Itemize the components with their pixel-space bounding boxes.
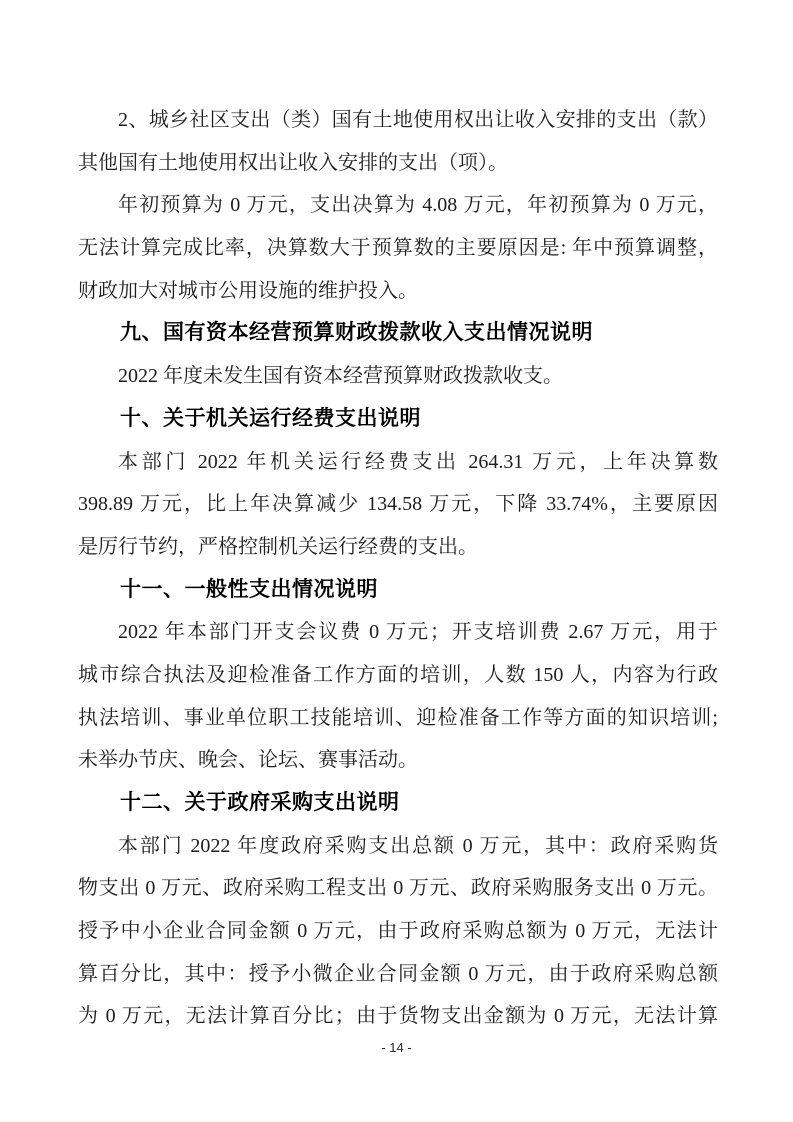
- para-line: 授予中小企业合同金额 0 万元，由于政府采购总额为 0 万元，无法计: [78, 910, 718, 953]
- para-line: 本部门 2022 年机关运行经费支出 264.31 万元，上年决算数: [78, 441, 718, 484]
- para-line: 城市综合执法及迎检准备工作方面的培训，人数 150 人，内容为行政: [78, 654, 718, 697]
- para-line: 算百分比，其中：授予小微企业合同金额 0 万元，由于政府采购总额: [78, 953, 718, 996]
- para-line: 2022 年本部门开支会议费 0 万元；开支培训费 2.67 万元，用于: [78, 611, 718, 654]
- para-line: 其他国有土地使用权出让收入安排的支出（项）。: [78, 142, 718, 185]
- para-line: 未举办节庆、晚会、论坛、赛事活动。: [78, 739, 718, 782]
- para-line: 执法培训、事业单位职工技能培训、迎检准备工作等方面的知识培训;: [78, 697, 718, 740]
- para-line: 2022 年度未发生国有资本经营预算财政拨款收支。: [78, 355, 718, 398]
- page-footer: - 14 -: [0, 1038, 793, 1058]
- para-line: 本部门 2022 年度政府采购支出总额 0 万元，其中：政府采购货: [78, 825, 718, 868]
- para-line: 2、城乡社区支出（类）国有土地使用权出让收入安排的支出（款）: [78, 99, 718, 142]
- para-line: 398.89 万元，比上年决算减少 134.58 万元，下降 33.74%，主要…: [78, 483, 718, 526]
- para-line: 物支出 0 万元、政府采购工程支出 0 万元、政府采购服务支出 0 万元。: [78, 867, 718, 910]
- section-heading-9: 九、国有资本经营预算财政拨款收入支出情况说明: [78, 312, 718, 355]
- page-number: - 14 -: [381, 1040, 411, 1055]
- document-body: 2、城乡社区支出（类）国有土地使用权出让收入安排的支出（款） 其他国有土地使用权…: [78, 99, 718, 1038]
- section-heading-11: 十一、一般性支出情况说明: [78, 569, 718, 612]
- para-line: 是厉行节约，严格控制机关运行经费的支出。: [78, 526, 718, 569]
- para-line: 无法计算完成比率，决算数大于预算数的主要原因是: 年中预算调整，: [78, 227, 718, 270]
- section-heading-10: 十、关于机关运行经费支出说明: [78, 398, 718, 441]
- para-line: 为 0 万元，无法计算百分比；由于货物支出金额为 0 万元，无法计算: [78, 995, 718, 1038]
- para-line: 财政加大对城市公用设施的维护投入。: [78, 270, 718, 313]
- document-page: 2、城乡社区支出（类）国有土地使用权出让收入安排的支出（款） 其他国有土地使用权…: [0, 0, 793, 1122]
- para-line: 年初预算为 0 万元，支出决算为 4.08 万元，年初预算为 0 万元，: [78, 184, 718, 227]
- section-heading-12: 十二、关于政府采购支出说明: [78, 782, 718, 825]
